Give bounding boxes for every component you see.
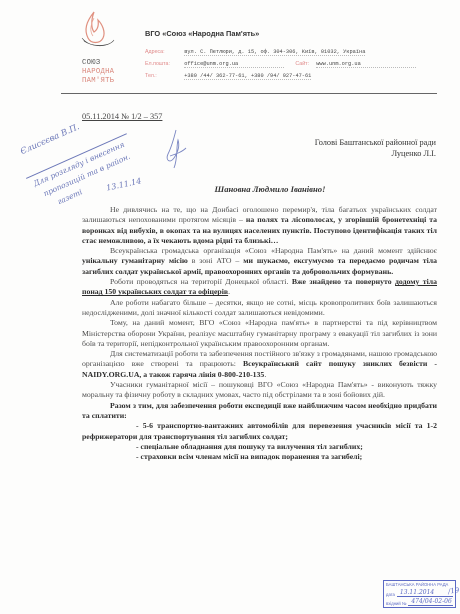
letter-body: Не дивлячись на те, що на Донбасі оголош… <box>82 205 437 462</box>
address-label: Адреса: <box>145 49 181 55</box>
signature-icon <box>160 128 190 173</box>
address-value: вул. С. Петлюри, д. 15, оф. 304-306, Киї… <box>184 49 365 56</box>
stamp-suffix: /19 <box>447 586 459 595</box>
list-item-equipment: - спеціальне обладнання для пошуку та ви… <box>82 442 437 452</box>
stamp-incoming-row: вхідний № 474/04-02-06 <box>386 598 453 606</box>
paragraph-3: Роботи проводяться на території Донецько… <box>82 277 437 298</box>
list-item-insurance: - страховки всім членам місії на випадок… <box>82 452 437 462</box>
recipient-block: Голові Баштанської районної ради Луценко… <box>315 138 436 159</box>
stamp-incoming-label: вхідний № <box>386 601 406 606</box>
resolution-addressee: Єлисєєва В.П. <box>19 122 81 157</box>
stamp-title: Баштанська районна рада <box>386 582 453 587</box>
paragraph-6: Для систематизації роботи та забезпеченн… <box>82 349 437 380</box>
paragraph-5: Тому, на даний момент, ВГО «Союз «Народн… <box>82 318 437 349</box>
paragraph-7: Учасники гуманітарної місії – пошуковці … <box>82 380 437 401</box>
recipient-name: Луценко Л.І. <box>315 149 436 160</box>
email-value: office@unm.org.ua <box>184 61 284 68</box>
site-label: Сайт: <box>295 61 309 67</box>
signature <box>160 128 190 178</box>
paragraph-1: Не дивлячись на те, що на Донбасі оголош… <box>82 205 437 246</box>
phone-label: Тел.: <box>145 73 181 79</box>
organization-logo: СОЮЗ НАРОДНА ПАМ'ЯТЬ <box>78 8 128 83</box>
phone-row: Тел.: +380 /44/ 362-77-61, +380 /94/ 927… <box>145 73 311 80</box>
stamp-date-row: дата 13.11.2014 <box>386 589 453 597</box>
stamp-date-value: 13.11.2014 <box>397 589 453 597</box>
salutation: Шановна Людмило Іванівно! <box>0 184 460 194</box>
phone-value: +380 /44/ 362-77-61, +380 /94/ 927-47-61 <box>184 73 311 80</box>
email-label: Ел.пошта: <box>145 61 181 67</box>
letterhead-divider <box>61 93 437 94</box>
paragraph-2: Всеукраїнська громадська організація «Со… <box>82 246 437 277</box>
letterhead: СОЮЗ НАРОДНА ПАМ'ЯТЬ ВГО «Союз «Народна … <box>0 0 460 96</box>
site-value: www.unm.org.ua <box>316 61 416 68</box>
stamp-date-label: дата <box>386 592 395 597</box>
logo-text-line2: НАРОДНА <box>82 68 114 77</box>
stamp-incoming-value: 474/04-02-06 <box>408 598 453 606</box>
address-row: Адреса: вул. С. Петлюри, д. 15, оф. 304-… <box>145 49 365 56</box>
list-item-vehicles: - 5-6 транспортно-вантажних автомобілів … <box>82 421 437 442</box>
handwritten-resolution: Єлисєєва В.П. Для розгляду і внесення пр… <box>14 118 134 208</box>
paragraph-8: Разом з тим, для забезпечення роботи екс… <box>82 401 437 422</box>
logo-text-line3: ПАМ'ЯТЬ <box>82 77 114 86</box>
email-row: Ел.пошта: office@unm.org.ua Сайт: www.un… <box>145 61 416 68</box>
recipient-title: Голові Баштанської районної ради <box>315 138 436 149</box>
paragraph-4: Але роботи набагато більше – десятки, як… <box>82 298 437 319</box>
logo-text-line1: СОЮЗ <box>82 59 114 68</box>
organization-name: ВГО «Союз «Народна Пам'ять» <box>145 29 259 38</box>
flame-icon <box>80 8 116 54</box>
incoming-registration-stamp: Баштанська районна рада дата 13.11.2014 … <box>383 580 456 608</box>
